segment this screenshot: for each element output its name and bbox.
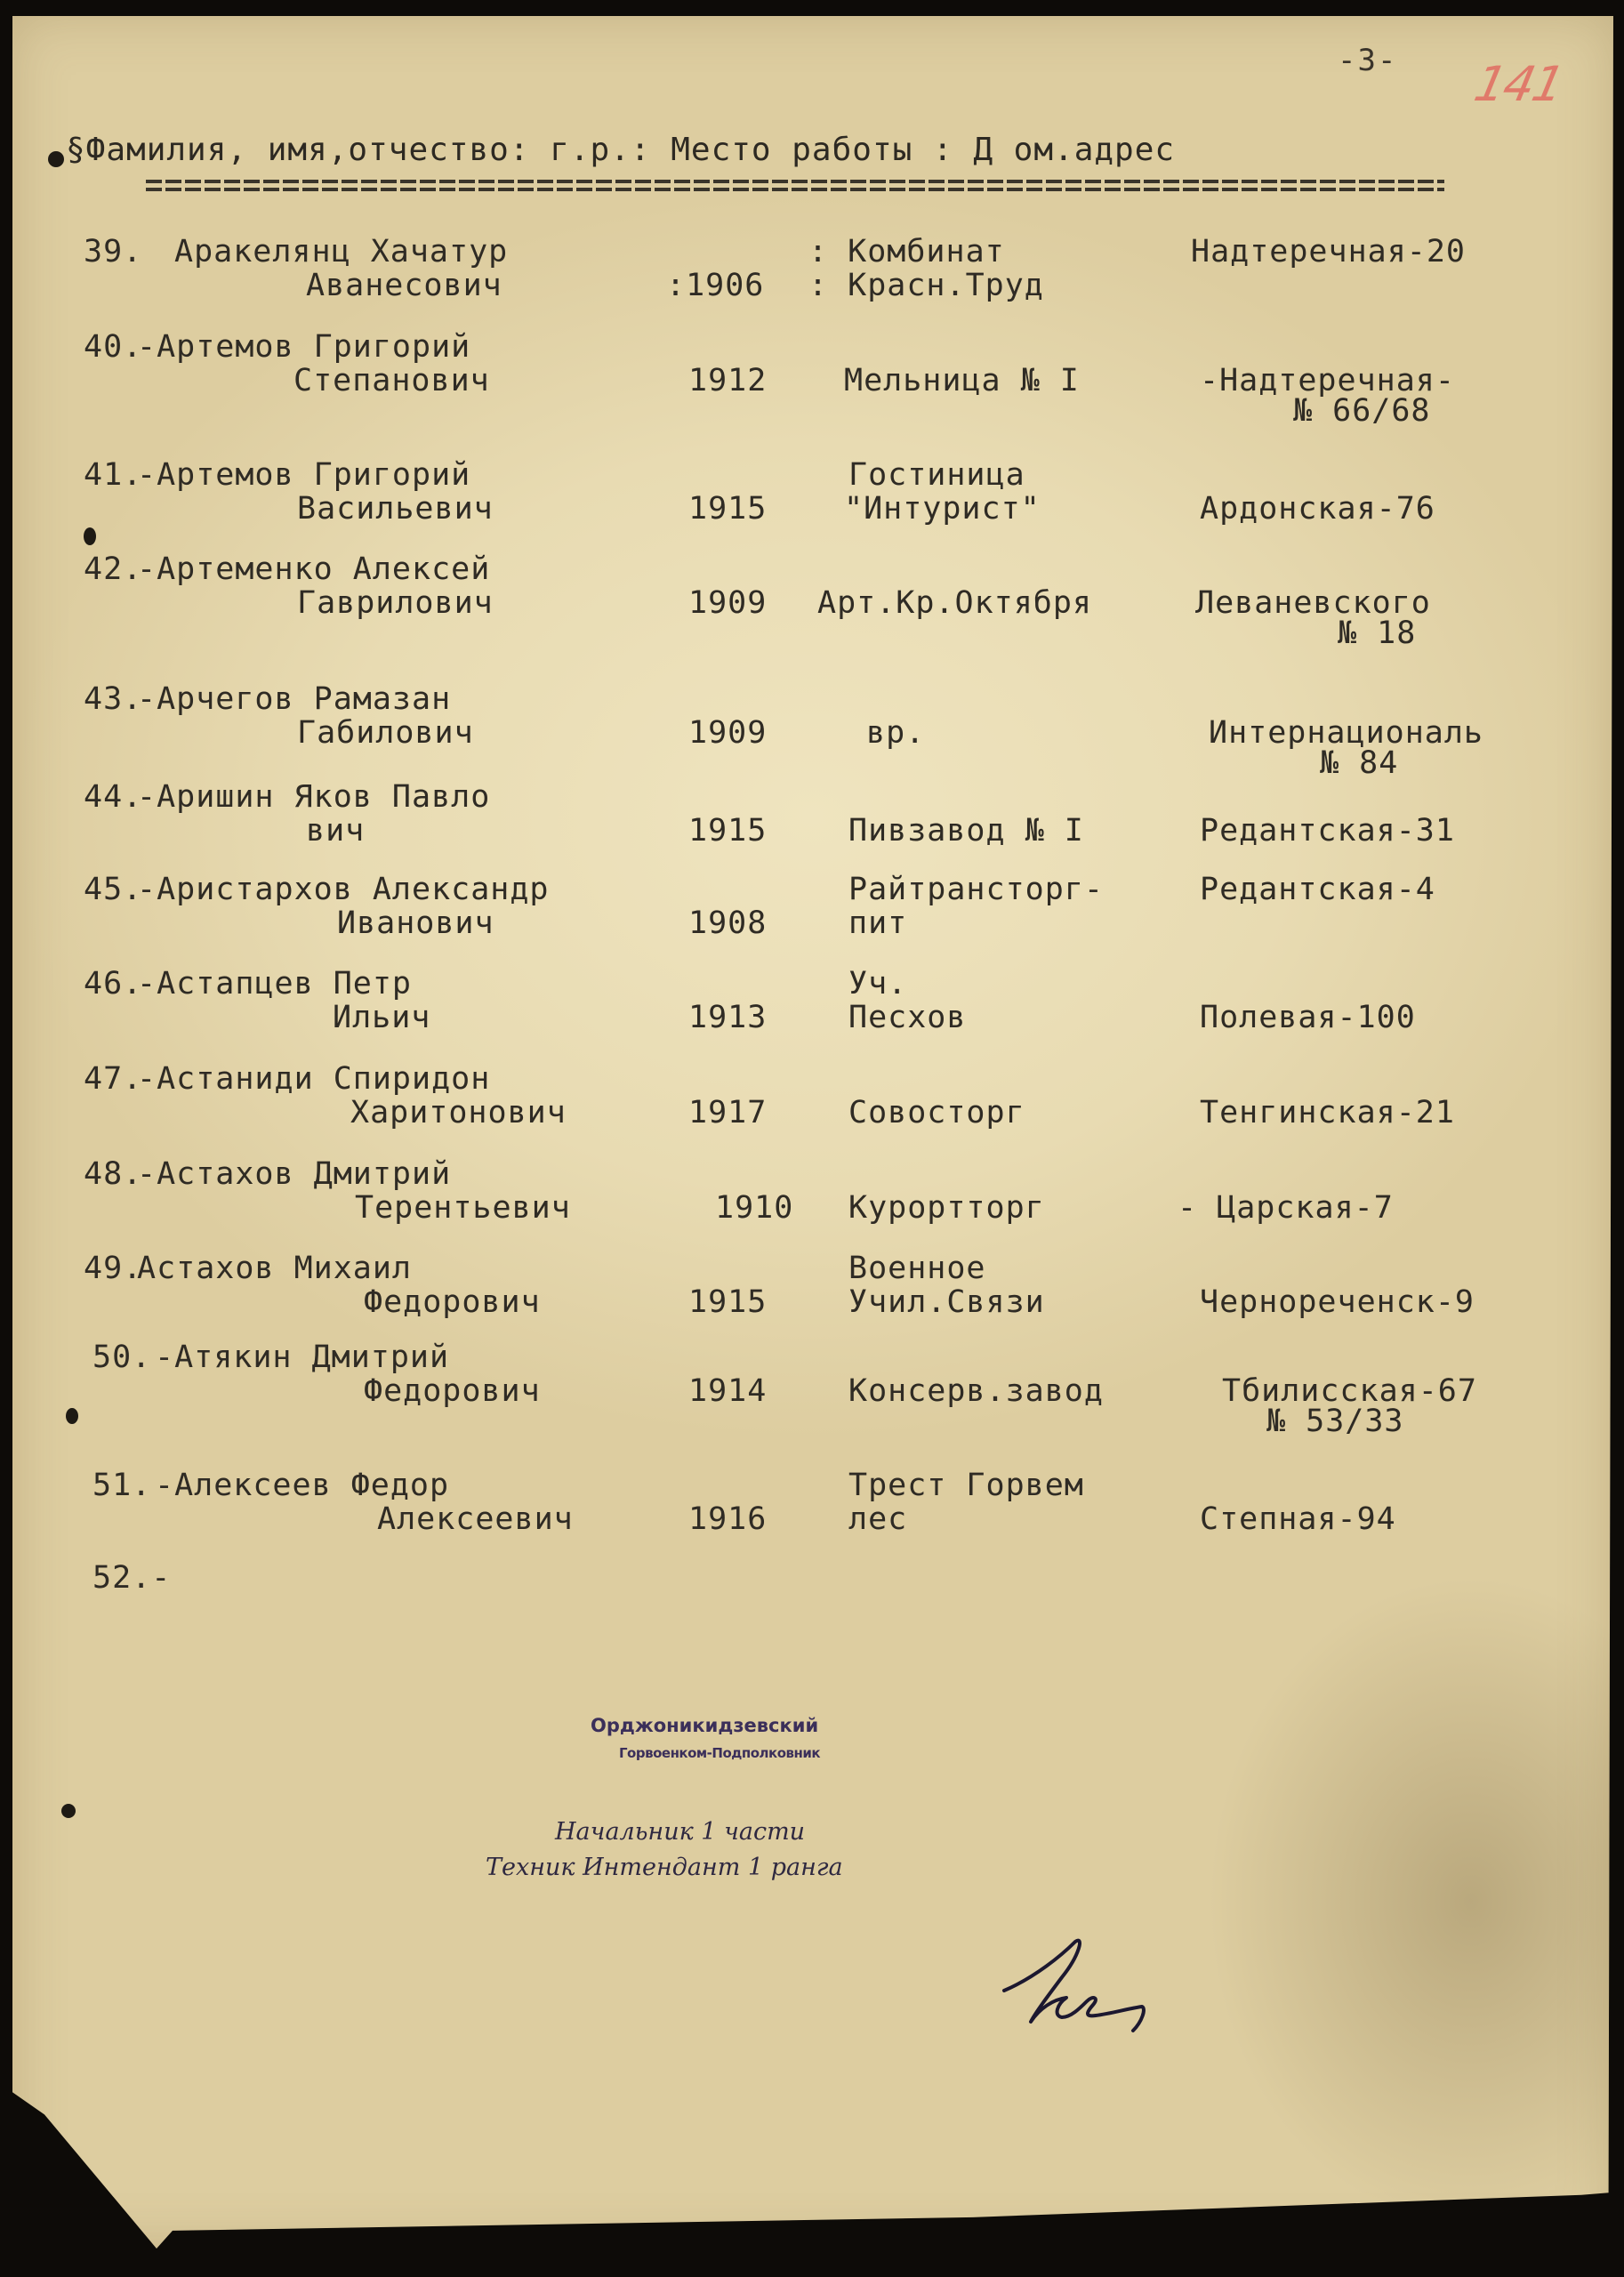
entry-address-line1: Тенгинская-21 xyxy=(1200,1095,1455,1130)
page-number: -3- xyxy=(1338,43,1397,78)
entry-birth-year: 1916 xyxy=(688,1501,767,1537)
entry-work-line2: лес xyxy=(848,1501,907,1537)
entry-patronymic: Иванович xyxy=(337,905,494,941)
archive-number: 141 xyxy=(1469,56,1567,112)
entry-work-line1: Уч. xyxy=(848,966,907,1002)
entry-number: 48. xyxy=(84,1156,142,1192)
entry-birth-year: 1910 xyxy=(715,1190,793,1226)
entry-address-line1: Редантская-31 xyxy=(1200,813,1455,849)
entry-name: Астахов Михаил xyxy=(137,1251,412,1286)
entry-number: 52.- xyxy=(92,1560,171,1596)
entry-name: -Алексеев Федор xyxy=(155,1468,449,1503)
entry-work-line2: : Красн.Труд xyxy=(808,268,1044,303)
entry-patronymic: Харитонович xyxy=(350,1095,567,1130)
entry-number: 42. xyxy=(84,551,142,587)
entry-number: 50. xyxy=(92,1340,151,1375)
entry-patronymic: Васильевич xyxy=(297,491,494,527)
punch-hole-mark xyxy=(61,1804,76,1818)
entry-birth-year: 1913 xyxy=(688,1000,767,1035)
entry-number: 39. xyxy=(84,234,142,270)
entry-name: -Артемов Григорий xyxy=(137,329,470,365)
entry-patronymic: Ильич xyxy=(333,1000,430,1035)
entry-patronymic: Алексеевич xyxy=(377,1501,574,1537)
table-header: §Фамилия, имя,отчество: г.р.: Место рабо… xyxy=(66,132,1175,168)
punch-hole-mark xyxy=(84,527,96,545)
entry-work-line1: Райтрансторг- xyxy=(848,872,1104,907)
entry-number: 46. xyxy=(84,966,142,1002)
entry-name: -Астахов Дмитрий xyxy=(137,1156,451,1192)
entry-address-line1: Степная-94 xyxy=(1200,1501,1396,1537)
entry-patronymic: Терентьевич xyxy=(355,1190,571,1226)
entry-number: 40. xyxy=(84,329,142,365)
entry-address-line1: Ардонская-76 xyxy=(1200,491,1435,527)
entry-birth-year: 1915 xyxy=(688,813,767,849)
entry-work-line2: Консерв.завод xyxy=(848,1373,1104,1409)
entry-number: 44. xyxy=(84,779,142,815)
entry-name: -Артеменко Алексей xyxy=(137,551,490,587)
entry-number: 43. xyxy=(84,681,142,717)
entry-patronymic: Степанович xyxy=(293,363,490,398)
entry-name: -Аристархов Александр xyxy=(137,872,550,907)
entry-work-line1: : Комбинат xyxy=(808,234,1005,270)
entry-patronymic: Аванесович xyxy=(306,268,502,303)
entry-address-line1: Надтеречная-20 xyxy=(1191,234,1466,270)
stamp-line2: Горвоенком-Подполковник xyxy=(619,1745,820,1761)
entry-patronymic: Федорович xyxy=(364,1373,541,1409)
entry-address-line1: Полевая-100 xyxy=(1200,1000,1416,1035)
entry-number: 41. xyxy=(84,457,142,493)
entry-number: 49. xyxy=(84,1251,142,1286)
entry-work-line2: Песхов xyxy=(848,1000,966,1035)
entry-work-line2: "Интурист" xyxy=(844,491,1041,527)
handwritten-signature-icon xyxy=(1000,1937,1151,2035)
entry-work-line1: Гостиница xyxy=(848,457,1025,493)
entry-birth-year: :1906 xyxy=(666,268,764,303)
entry-work-line2: Мельница № I xyxy=(844,363,1080,398)
punch-hole-mark xyxy=(70,2191,83,2205)
entry-birth-year: 1915 xyxy=(688,491,767,527)
punch-hole-mark xyxy=(48,151,64,167)
punch-hole-mark xyxy=(66,1408,78,1424)
entry-work-line2: Совосторг xyxy=(848,1095,1025,1130)
entry-name: -Астапцев Петр xyxy=(137,966,412,1002)
entry-patronymic: Федорович xyxy=(364,1284,541,1320)
entry-birth-year: 1915 xyxy=(688,1284,767,1320)
entry-work-line2: вр. xyxy=(866,715,925,751)
entry-birth-year: 1909 xyxy=(688,715,767,751)
entry-address-line2: № 66/68 xyxy=(1293,393,1431,429)
entry-address-line1: Чернореченск-9 xyxy=(1200,1284,1475,1320)
entry-work-line2: Курортторг xyxy=(848,1190,1045,1226)
document-sheet: -3- 141 §Фамилия, имя,отчество: г.р.: Ме… xyxy=(12,16,1613,2249)
signature-title-line1: Начальник 1 части xyxy=(555,1818,805,1846)
entry-birth-year: 1908 xyxy=(688,905,767,941)
entry-number: 51. xyxy=(92,1468,151,1503)
entry-birth-year: 1917 xyxy=(688,1095,767,1130)
entry-birth-year: 1912 xyxy=(688,363,767,398)
entry-name: Аракелянц Хачатур xyxy=(174,234,508,270)
entry-name: -Атякин Дмитрий xyxy=(155,1340,449,1375)
entry-name: -Артемов Григорий xyxy=(137,457,470,493)
signature-title-line2: Техник Интендант 1 ранга xyxy=(486,1854,843,1881)
entry-address-line1: Редантская-4 xyxy=(1200,872,1435,907)
entry-address-line2: № 18 xyxy=(1338,616,1416,651)
entry-patronymic: вич xyxy=(306,813,365,849)
entry-name: -Аришин Яков Павло xyxy=(137,779,490,815)
entry-birth-year: 1909 xyxy=(688,585,767,621)
header-rule-divider xyxy=(146,180,1444,192)
entry-name: -Арчегов Рамазан xyxy=(137,681,451,717)
entry-address-line1: - Царская-7 xyxy=(1178,1190,1394,1226)
entry-work-line2: Учил.Связи xyxy=(848,1284,1045,1320)
entry-patronymic: Габилович xyxy=(297,715,474,751)
stamp-line1: Орджоникидзевский xyxy=(591,1715,818,1736)
entry-work-line1: Военное xyxy=(848,1251,986,1286)
entry-number: 45. xyxy=(84,872,142,907)
entry-work-line2: пит xyxy=(848,905,907,941)
entry-address-line2: № 53/33 xyxy=(1266,1404,1404,1439)
entry-number: 47. xyxy=(84,1061,142,1097)
entry-work-line1: Трест Горвем xyxy=(848,1468,1084,1503)
entry-work-line2: Арт.Кр.Октября xyxy=(817,585,1092,621)
entry-patronymic: Гаврилович xyxy=(297,585,494,621)
entry-birth-year: 1914 xyxy=(688,1373,767,1409)
entry-address-line2: № 84 xyxy=(1320,745,1398,781)
entry-work-line2: Пивзавод № I xyxy=(848,813,1084,849)
entry-name: -Астаниди Спиридон xyxy=(137,1061,490,1097)
